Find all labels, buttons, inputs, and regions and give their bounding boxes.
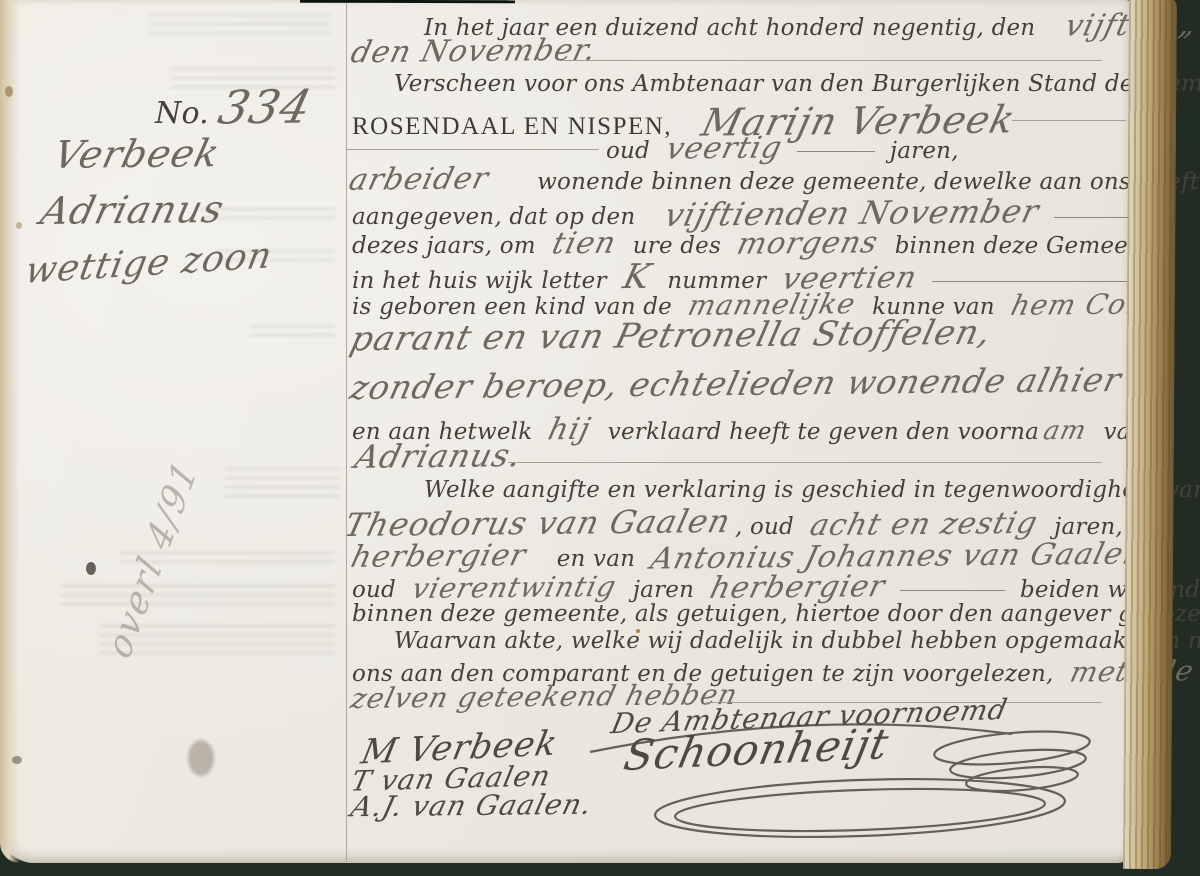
mother-name: parant en van Petronella Stoffelen, xyxy=(346,313,995,360)
ink-smudge xyxy=(188,740,214,776)
witness1-line: Theodorus van Gaalen , oud acht en zesti… xyxy=(346,504,1123,542)
margin-given-name: Adrianus xyxy=(42,188,223,232)
act-number-line: No. 334 xyxy=(155,80,311,134)
filler-dash xyxy=(797,151,875,152)
occupation-line: arbeider wonende binnen deze gemeente, d… xyxy=(350,162,1199,197)
page-stack-edge xyxy=(1123,0,1177,869)
signature-witness2: A.J. van Gaalen. xyxy=(352,789,592,822)
page-edge-spot xyxy=(16,222,22,229)
scanned-birth-record: { "colors":{"paper":"#ece9e2","printed_i… xyxy=(0,0,1200,876)
age-line: oud veertig jaren, xyxy=(606,131,959,166)
bleedthrough-text xyxy=(60,585,335,605)
informant-occupation: arbeider xyxy=(346,161,493,197)
filler-rule xyxy=(1012,120,1126,121)
bleedthrough-text xyxy=(150,14,330,36)
appeared-line: Verscheen voor ons Ambtenaar van den Bur… xyxy=(394,71,1200,97)
child-name-line: Adrianus. xyxy=(356,437,521,475)
filler-rule xyxy=(347,149,599,150)
margin-note: wettige zoon xyxy=(25,237,273,291)
top-page-shadow xyxy=(300,0,515,3)
bleedthrough-text xyxy=(225,468,340,498)
filler-rule xyxy=(560,60,1102,61)
margin-divider-line xyxy=(346,0,347,862)
filler-rule xyxy=(508,462,1102,463)
ink-spot xyxy=(86,562,96,575)
act-number: 334 xyxy=(213,80,317,135)
mother-line: parant en van Petronella Stoffelen, xyxy=(352,316,990,356)
witnesses-chosen-line: binnen deze gemeente, als getuigen, hier… xyxy=(352,601,1200,627)
no-label: No. xyxy=(155,96,209,131)
mother-occupation-line: zonder beroep, echtelieden wonende alhie… xyxy=(352,364,1120,403)
witness-intro-line: Welke aangifte en verklaring is geschied… xyxy=(424,477,1200,503)
witness1-name: Theodorus van Gaalen xyxy=(341,502,735,544)
page-edge-spot xyxy=(5,86,13,97)
ink-spot xyxy=(636,629,640,633)
filler-dash xyxy=(900,590,1005,591)
page-edge-spot xyxy=(12,756,22,764)
closing-line-1: Waarvan akte, welke wij dadelijk in dubb… xyxy=(394,628,1200,654)
birth-hour: tien xyxy=(549,226,620,262)
margin-surname: Verbeek xyxy=(55,132,219,176)
birth-time-line: dezes jaars, om tien ure des morgens bin… xyxy=(352,226,1174,261)
witness2-age-line: oud vierentwintig jaren herbergier beide… xyxy=(352,570,1200,605)
witness2-age: vierentwintig xyxy=(409,570,620,605)
child-first-name: Adrianus. xyxy=(351,436,526,476)
page-binding-edge xyxy=(0,0,20,863)
witness2-line: herbergier en van Antonius Johannes van … xyxy=(352,539,1143,574)
signature-flourish-icon xyxy=(560,690,1140,850)
date-line: den November. xyxy=(352,34,596,69)
register-page: No. 334 Verbeek Adrianus wettige zoon ov… xyxy=(0,0,1132,863)
bleedthrough-text xyxy=(250,325,335,341)
